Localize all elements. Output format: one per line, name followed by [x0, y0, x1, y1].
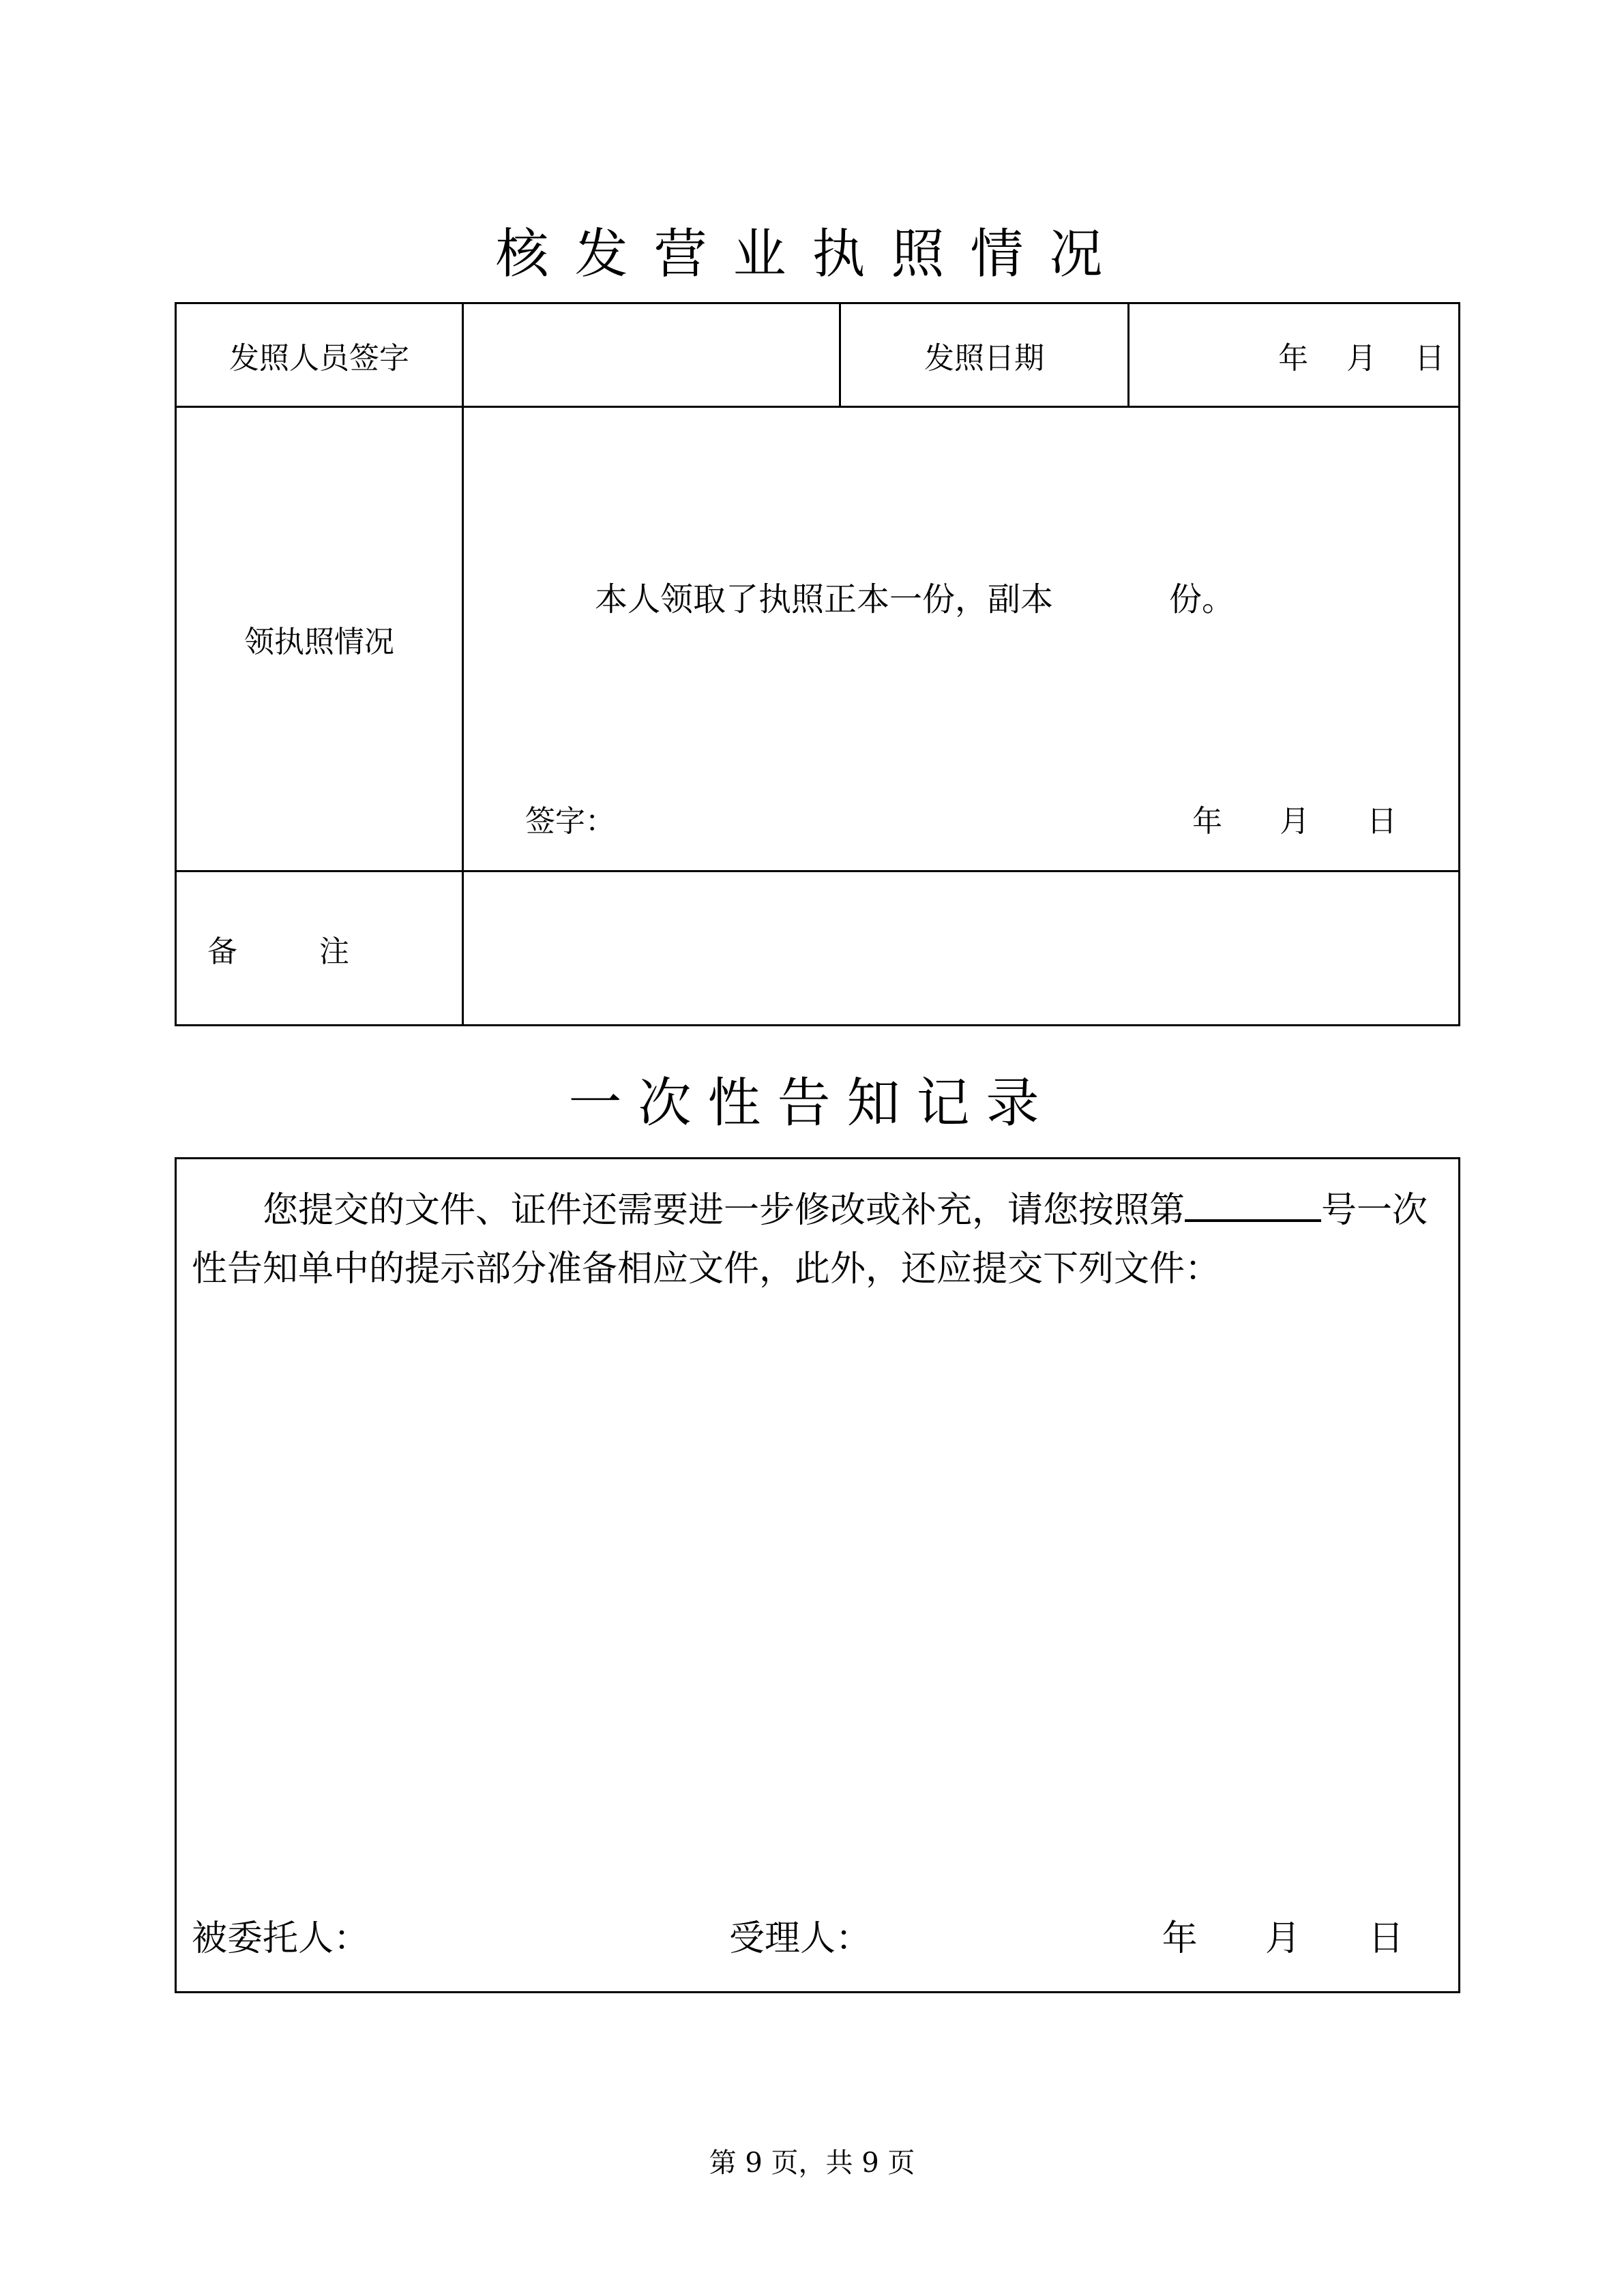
receiver-signature-label: 签字：: [525, 796, 615, 840]
client-label: 被委托人：: [192, 1909, 369, 1960]
issue-date-value: 年 月 日: [1278, 341, 1445, 376]
license-receipt-cell: 本人领取了执照正本一份，副本份。 签字： 年 月 日: [463, 407, 1460, 871]
license-issuance-table: 发照人员签字 发照日期 年 月 日 领执照情况 本人领取了执照正本一份，副本份。…: [175, 302, 1460, 1026]
receipt-text-after: 份。: [1169, 580, 1235, 618]
issue-date-label: 发照日期: [840, 303, 1129, 407]
notice-paragraph: 您提交的文件、证件还需要进一步修改或补充，请您按照第号一次性告知单中的提示部分准…: [192, 1181, 1443, 1298]
section-title-notice-record: 一次性告知记录: [0, 1060, 1624, 1137]
receipt-text-before: 本人领取了执照正本一份，副本: [595, 580, 1053, 618]
issue-date-field[interactable]: 年 月 日: [1129, 303, 1460, 407]
notice-number-blank[interactable]: [1185, 1184, 1321, 1222]
notice-text-part1: 您提交的文件、证件还需要进一步修改或补充，请您按照第: [263, 1190, 1185, 1231]
table-row: 备注: [176, 871, 1460, 1026]
remarks-label: 备注: [176, 871, 463, 1026]
table-row: 发照人员签字 发照日期 年 月 日: [176, 303, 1460, 407]
remarks-field[interactable]: [463, 871, 1460, 1026]
receipt-statement: 本人领取了执照正本一份，副本份。: [595, 573, 1235, 620]
license-receipt-label: 领执照情况: [176, 407, 463, 871]
notice-date: 年 月 日: [1162, 1909, 1404, 1960]
issuer-signature-label: 发照人员签字: [176, 303, 463, 407]
receipt-date: 年 月 日: [1192, 796, 1397, 840]
section-title-license-issuance: 核发营业执照情况: [0, 211, 1624, 288]
handler-label: 受理人：: [729, 1909, 871, 1960]
table-row: 领执照情况 本人领取了执照正本一份，副本份。 签字： 年 月 日: [176, 407, 1460, 871]
page-number: 第 9 页，共 9 页: [0, 2141, 1624, 2180]
notice-record-box: 您提交的文件、证件还需要进一步修改或补充，请您按照第号一次性告知单中的提示部分准…: [175, 1157, 1460, 1993]
issuer-signature-field[interactable]: [463, 303, 840, 407]
